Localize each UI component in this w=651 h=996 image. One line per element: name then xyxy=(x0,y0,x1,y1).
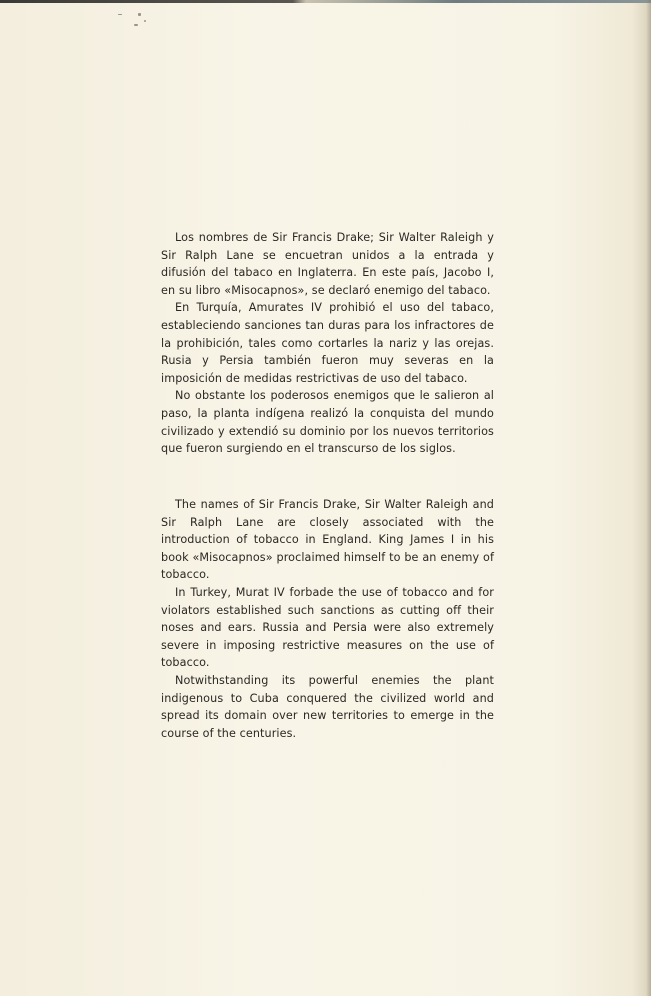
spanish-paragraph-1: Los nombres de Sir Francis Drake; Sir Wa… xyxy=(161,229,494,299)
english-paragraph-1: The names of Sir Francis Drake, Sir Walt… xyxy=(161,496,494,584)
spanish-paragraph-2: En Turquía, Amurates IV prohibió el uso … xyxy=(161,299,494,387)
english-text-section: The names of Sir Francis Drake, Sir Walt… xyxy=(161,496,494,742)
scanned-page: Los nombres de Sir Francis Drake; Sir Wa… xyxy=(0,0,651,996)
paper-specks xyxy=(118,10,154,34)
speck xyxy=(144,20,146,22)
english-paragraph-3: Notwithstanding its powerful enemies the… xyxy=(161,672,494,742)
speck xyxy=(118,14,122,15)
spanish-text-section: Los nombres de Sir Francis Drake; Sir Wa… xyxy=(161,229,494,458)
scan-edge-strip xyxy=(0,0,651,3)
page-edge-shadow xyxy=(646,0,651,996)
speck xyxy=(138,13,141,16)
speck xyxy=(134,24,138,26)
english-paragraph-2: In Turkey, Murat IV forbade the use of t… xyxy=(161,584,494,672)
spanish-paragraph-3: No obstante los poderosos enemigos que l… xyxy=(161,387,494,457)
